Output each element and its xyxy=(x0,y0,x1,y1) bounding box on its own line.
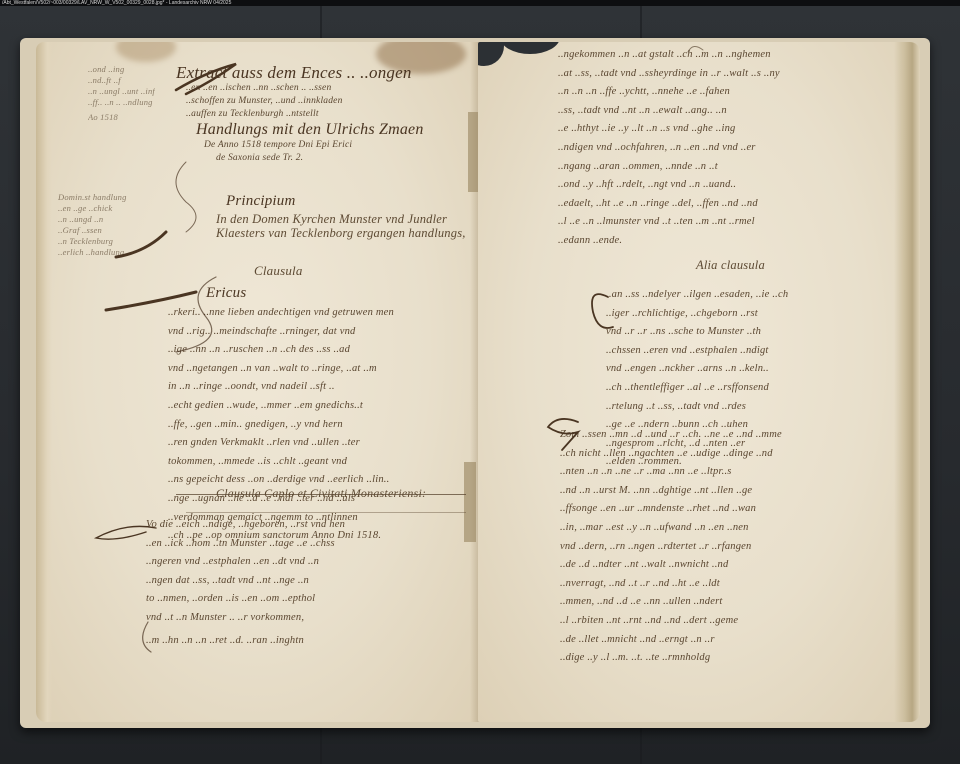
clausula-heading: Clausula xyxy=(254,264,303,278)
principium-block: In den Domen Kyrchen Munster vnd Jundler… xyxy=(216,212,466,240)
paper-stain xyxy=(116,42,176,62)
right-page: ..ngekommen ..n ..at gstalt ..ch ..m ..n… xyxy=(478,42,920,722)
body-block-right-3: Zom ..ssen ..mn ..d ..und ..r ..ch. ..ne… xyxy=(560,426,782,668)
torn-corner xyxy=(500,42,560,54)
ericus-heading: Ericus xyxy=(206,284,246,302)
principium-heading: Principium xyxy=(226,192,296,210)
body-block-1: ..rkeri.. ..nne lieben andechtigen vnd g… xyxy=(168,304,394,546)
margin-note-top: ..ond ..ing ..nd..ft ..f ..n ..ungl ..un… xyxy=(88,64,155,123)
torn-corner xyxy=(478,42,504,66)
title-block: Extract auss dem Ences .. ..ongen ..en .… xyxy=(176,64,424,165)
body-block-2: Vo die ..eich ..ndige, ..hgeboren, ..rst… xyxy=(146,516,345,650)
alia-clausula-heading: Alia clausula xyxy=(696,258,765,272)
clausula2-heading: Clausula Caplo et Civitati Monasteriensi… xyxy=(216,486,426,500)
image-viewer-canvas[interactable]: ..ond ..ing ..nd..ft ..f ..n ..ungl ..un… xyxy=(0,6,960,764)
left-page: ..ond ..ing ..nd..ft ..f ..n ..ungl ..un… xyxy=(36,42,478,722)
margin-note-middle: Domin.st handlung ..en ..ge ..chick ..n … xyxy=(58,192,127,258)
body-block-right-1: ..ngekommen ..n ..at gstalt ..ch ..m ..n… xyxy=(558,46,780,251)
section-rule xyxy=(186,512,466,513)
